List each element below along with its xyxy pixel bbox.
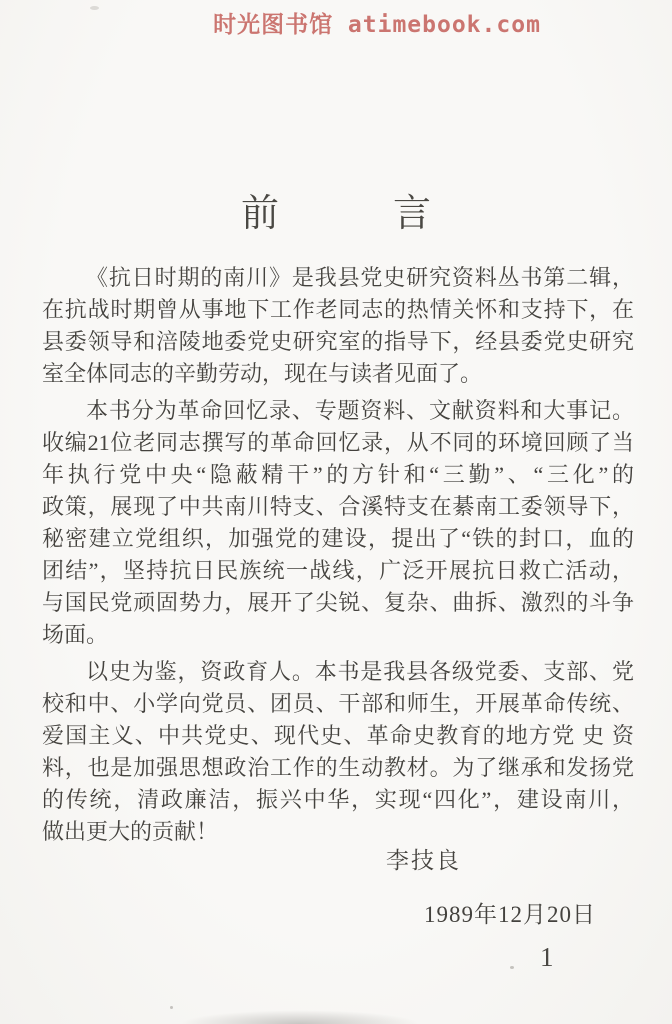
text-line: 室全体同志的辛勤劳动，现在与读者见面了。: [42, 358, 634, 390]
text-line: 《抗日时期的南川》是我县党史研究资料丛书第二辑，: [42, 262, 634, 294]
scan-artifact-speck: [510, 966, 514, 969]
text-line: 场面。: [42, 619, 634, 651]
text-line: 年执行党中央“隐蔽精干”的方针和“三勤”、“三化”的: [42, 459, 634, 491]
text-line: 的传统，清政廉洁，振兴中华，实现“四化”，建设南川，: [42, 784, 634, 816]
text-line: 政策，展现了中共南川特支、合溪特支在綦南工委领导下，: [42, 491, 634, 523]
author-signature: 李技良: [386, 842, 461, 875]
text-line: 在抗战时期曾从事地下工作老同志的热情关怀和支持下，在: [42, 294, 634, 326]
scan-artifact-speck: [90, 6, 99, 10]
text-line: 爱国主义、中共党史、现代史、革命史教育的地方党 史 资: [42, 720, 634, 752]
text-line: 团结”，坚持抗日民族统一战线，广泛开展抗日救亡活动，: [42, 555, 634, 587]
paragraph-3: 以史为鉴，资政育人。本书是我县各级党委、支部、党 校和中、小学向党员、团员、干部…: [42, 656, 634, 848]
text-line: 与国民党顽固势力，展开了尖锐、复杂、曲拆、激烈的斗争: [42, 587, 634, 619]
text-line: 以史为鉴，资政育人。本书是我县各级党委、支部、党: [42, 656, 634, 688]
paragraph-1: 《抗日时期的南川》是我县党史研究资料丛书第二辑， 在抗战时期曾从事地下工作老同志…: [42, 262, 634, 390]
text-line: 本书分为革命回忆录、专题资料、文献资料和大事记。: [42, 395, 634, 427]
text-line: 校和中、小学向党员、团员、干部和师生，开展革命传统、: [42, 688, 634, 720]
paragraph-2: 本书分为革命回忆录、专题资料、文献资料和大事记。 收编21位老同志撰写的革命回忆…: [42, 395, 634, 651]
preface-date: 1989年12月20日: [424, 896, 596, 929]
scan-artifact-speck: [170, 1006, 173, 1009]
text-line: 做出更大的贡献！: [42, 816, 634, 848]
page-number: 1: [540, 942, 554, 973]
scanned-book-page: 时光图书馆 atimebook.com 前 言 《抗日时期的南川》是我县党史研究…: [0, 0, 672, 1024]
text-line: 秘密建立党组织，加强党的建设，提出了“铁的封口，血的: [42, 523, 634, 555]
text-line: 收编21位老同志撰写的革命回忆录，从不同的环境回顾了当: [42, 427, 634, 459]
page-title: 前 言: [0, 182, 672, 237]
preface-body: 《抗日时期的南川》是我县党史研究资料丛书第二辑， 在抗战时期曾从事地下工作老同志…: [42, 262, 634, 853]
text-line: 县委领导和涪陵地委党史研究室的指导下，经县委党史研究: [42, 326, 634, 358]
text-line: 料，也是加强思想政治工作的生动教材。为了继承和发扬党: [42, 752, 634, 784]
library-watermark: 时光图书馆 atimebook.com: [0, 6, 672, 39]
scan-edge-smudge: [180, 1010, 420, 1024]
